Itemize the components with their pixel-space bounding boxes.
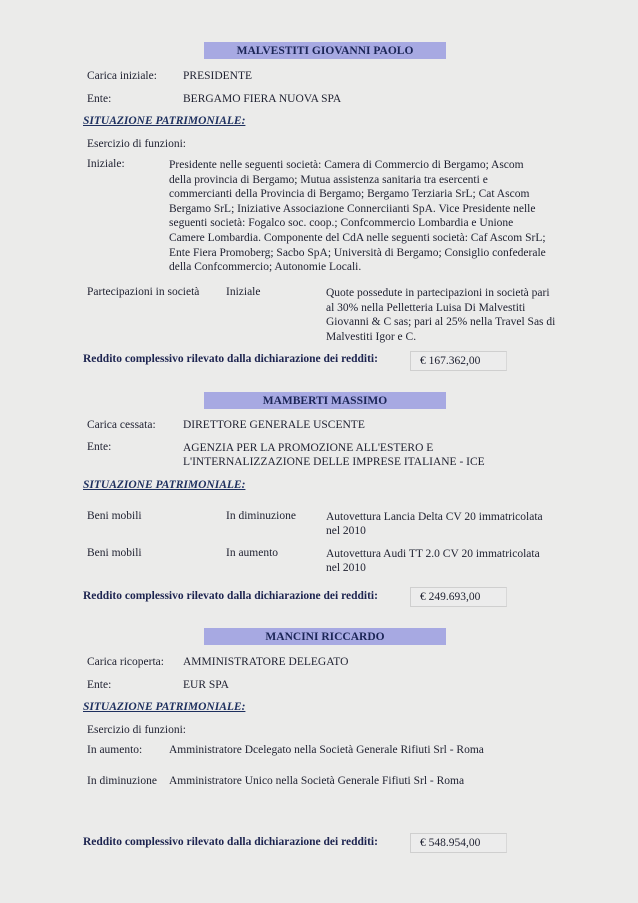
text-line: L'INTERNALIZZAZIONE DELLE IMPRESE ITALIA… — [183, 455, 485, 469]
partecipazioni-text: Quote possedute in partecipazioni in soc… — [326, 286, 555, 344]
person-name-header: MALVESTITI GIOVANNI PAOLO — [204, 42, 446, 59]
ente-value: BERGAMO FIERA NUOVA SPA — [183, 93, 341, 105]
text-line: Autovettura Audi TT 2.0 CV 20 immatricol… — [326, 547, 540, 561]
text-line: Presidente nelle seguenti società: Camer… — [169, 158, 546, 173]
esercizio-label: Esercizio di funzioni: — [87, 138, 186, 150]
carica-value: PRESIDENTE — [183, 70, 252, 82]
beni-text: Autovettura Lancia Delta CV 20 immatrico… — [326, 510, 543, 538]
text-line: Camere Lombardia. Componente del CdA nel… — [169, 231, 546, 246]
carica-label: Carica cessata: — [87, 419, 156, 431]
partecipazioni-category: Partecipazioni in società — [87, 286, 199, 298]
reddito-value-box: € 167.362,00 — [410, 351, 507, 371]
esercizio-label: Esercizio di funzioni: — [87, 724, 186, 736]
partecipazioni-type: Iniziale — [226, 286, 260, 298]
person-name-header: MANCINI RICCARDO — [204, 628, 446, 645]
beni-text: Autovettura Audi TT 2.0 CV 20 immatricol… — [326, 547, 540, 575]
ente-value: AGENZIA PER LA PROMOZIONE ALL'ESTERO E L… — [183, 441, 485, 469]
text-line: nel 2010 — [326, 524, 543, 538]
text-line: seguenti società: Fogalco soc. coop.; Co… — [169, 216, 546, 231]
text-line: nel 2010 — [326, 561, 540, 575]
beni-type: In diminuzione — [226, 510, 296, 522]
situazione-heading: SITUAZIONE PATRIMONIALE: — [83, 115, 245, 127]
iniziale-label: Iniziale: — [87, 158, 125, 170]
funzione-value: Amministratore Dcelegato nella Società G… — [169, 744, 484, 756]
situazione-heading: SITUAZIONE PATRIMONIALE: — [83, 701, 245, 713]
carica-label: Carica ricoperta: — [87, 656, 164, 668]
reddito-label: Reddito complessivo rilevato dalla dichi… — [83, 836, 378, 848]
iniziale-text: Presidente nelle seguenti società: Camer… — [169, 158, 546, 275]
ente-value: EUR SPA — [183, 679, 229, 691]
reddito-value-box: € 249.693,00 — [410, 587, 507, 607]
person-name-header: MAMBERTI MASSIMO — [204, 392, 446, 409]
text-line: Bergamo SrL; Iniziative Associazione Con… — [169, 202, 546, 217]
reddito-value-box: € 548.954,00 — [410, 833, 507, 853]
reddito-label: Reddito complessivo rilevato dalla dichi… — [83, 590, 378, 602]
text-line: Quote possedute in partecipazioni in soc… — [326, 286, 555, 301]
text-line: Ente Fiera Promoberg; Sacbo SpA; Univers… — [169, 246, 546, 261]
text-line: della Confcommercio; Autonomie Locali. — [169, 260, 546, 275]
situazione-heading: SITUAZIONE PATRIMONIALE: — [83, 479, 245, 491]
carica-label: Carica iniziale: — [87, 70, 157, 82]
ente-label: Ente: — [87, 441, 111, 453]
funzione-value: Amministratore Unico nella Società Gener… — [169, 775, 464, 787]
text-line: Autovettura Lancia Delta CV 20 immatrico… — [326, 510, 543, 524]
funzione-label: In aumento: — [87, 744, 142, 756]
ente-label: Ente: — [87, 679, 111, 691]
beni-category: Beni mobili — [87, 547, 142, 559]
beni-type: In aumento — [226, 547, 278, 559]
reddito-label: Reddito complessivo rilevato dalla dichi… — [83, 353, 378, 365]
text-line: della provincia di Bergamo; Mutua assist… — [169, 173, 546, 188]
funzione-label: In diminuzione — [87, 775, 157, 787]
text-line: Giovanni & C sas; pari al 25% nella Trav… — [326, 315, 555, 330]
carica-value: AMMINISTRATORE DELEGATO — [183, 656, 348, 668]
text-line: AGENZIA PER LA PROMOZIONE ALL'ESTERO E — [183, 441, 485, 455]
text-line: al 30% nella Pelletteria Luisa Di Malves… — [326, 301, 555, 316]
beni-category: Beni mobili — [87, 510, 142, 522]
carica-value: DIRETTORE GENERALE USCENTE — [183, 419, 365, 431]
ente-label: Ente: — [87, 93, 111, 105]
text-line: commercianti della Provincia di Bergamo;… — [169, 187, 546, 202]
text-line: Malvestiti Igor e C. — [326, 330, 555, 345]
